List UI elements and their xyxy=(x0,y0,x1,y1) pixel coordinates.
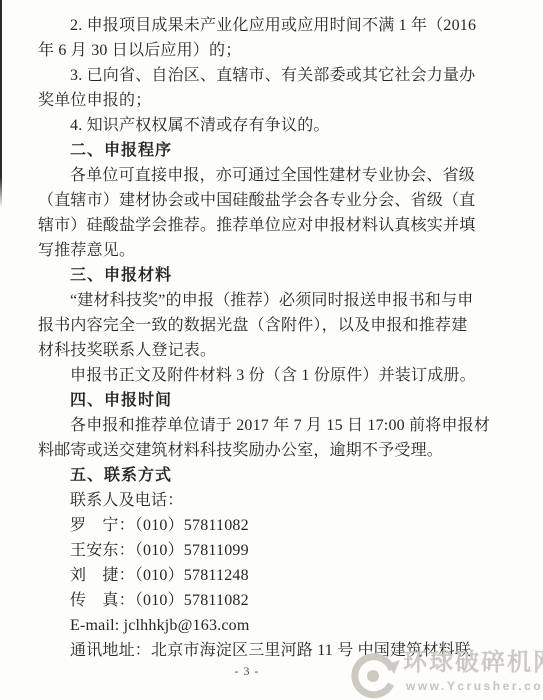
contact-phone-line: 罗 宁：（010）57811082 xyxy=(38,513,508,538)
doc-line: 联系人及电话： xyxy=(38,488,508,513)
doc-line: 写推荐意见。 xyxy=(38,238,508,263)
page-number: - 3 - xyxy=(0,664,494,679)
section-heading-procedure: 二、申报程序 xyxy=(38,138,508,163)
section-heading-contact: 五、联系方式 xyxy=(38,463,508,488)
doc-line: 3. 已向省、自治区、直辖市、有关部委或其它社会力量办 xyxy=(38,63,508,88)
contact-phone-line: 刘 捷：（010）57811248 xyxy=(38,563,508,588)
doc-line: 各单位可直接申报，亦可通过全国性建材专业协会、省级 xyxy=(38,163,508,188)
section-heading-materials: 三、申报材料 xyxy=(38,263,508,288)
doc-line: 申报书正文及附件材料 3 份（含 1 份原件）并装订成册。 xyxy=(38,363,508,388)
doc-line: （直辖市）建材协会或中国硅酸盐学会各专业分会、省级（直 xyxy=(38,188,508,213)
document-page: 2. 申报项目成果未产业化应用或应用时间不满 1 年（2016 年 6 月 30… xyxy=(0,0,543,700)
contact-address-line: 通讯地址：北京市海淀区三里河路 11 号 中国建筑材料联 xyxy=(38,638,508,663)
doc-line: 报书内容完全一致的数据光盘（含附件），以及申报和推荐建 xyxy=(38,313,508,338)
doc-line: 材科技奖联系人登记表。 xyxy=(38,338,508,363)
doc-line: 奖单位申报的； xyxy=(38,88,508,113)
contact-phone-line: 王安东：（010）57811099 xyxy=(38,538,508,563)
doc-line: 辖市）硅酸盐学会推荐。推荐单位应对申报材料认真核实并填 xyxy=(38,213,508,238)
scan-edge-artifact xyxy=(0,0,2,208)
doc-line: “建材科技奖”的申报（推荐）必须同时报送申报书和与申 xyxy=(38,288,508,313)
contact-fax-line: 传 真：（010）57811082 xyxy=(38,588,508,613)
document-body: 2. 申报项目成果未产业化应用或应用时间不满 1 年（2016 年 6 月 30… xyxy=(38,13,508,663)
doc-line: 年 6 月 30 日以后应用）的； xyxy=(38,38,508,63)
doc-line: 4. 知识产权权属不清或存有争议的。 xyxy=(38,113,508,138)
doc-line: 料邮寄或送交建筑材料科技奖励办公室，逾期不予受理。 xyxy=(38,438,508,463)
section-heading-deadline: 四、申报时间 xyxy=(38,388,508,413)
doc-line: 2. 申报项目成果未产业化应用或应用时间不满 1 年（2016 xyxy=(38,13,508,38)
contact-email-line: E-mail: jclhhkjb@163.com xyxy=(38,613,508,638)
doc-line: 各申报和推荐单位请于 2017 年 7 月 15 日 17:00 前将申报材 xyxy=(38,413,508,438)
watermark-site-url: www.Ycrusher.com xyxy=(406,679,543,693)
